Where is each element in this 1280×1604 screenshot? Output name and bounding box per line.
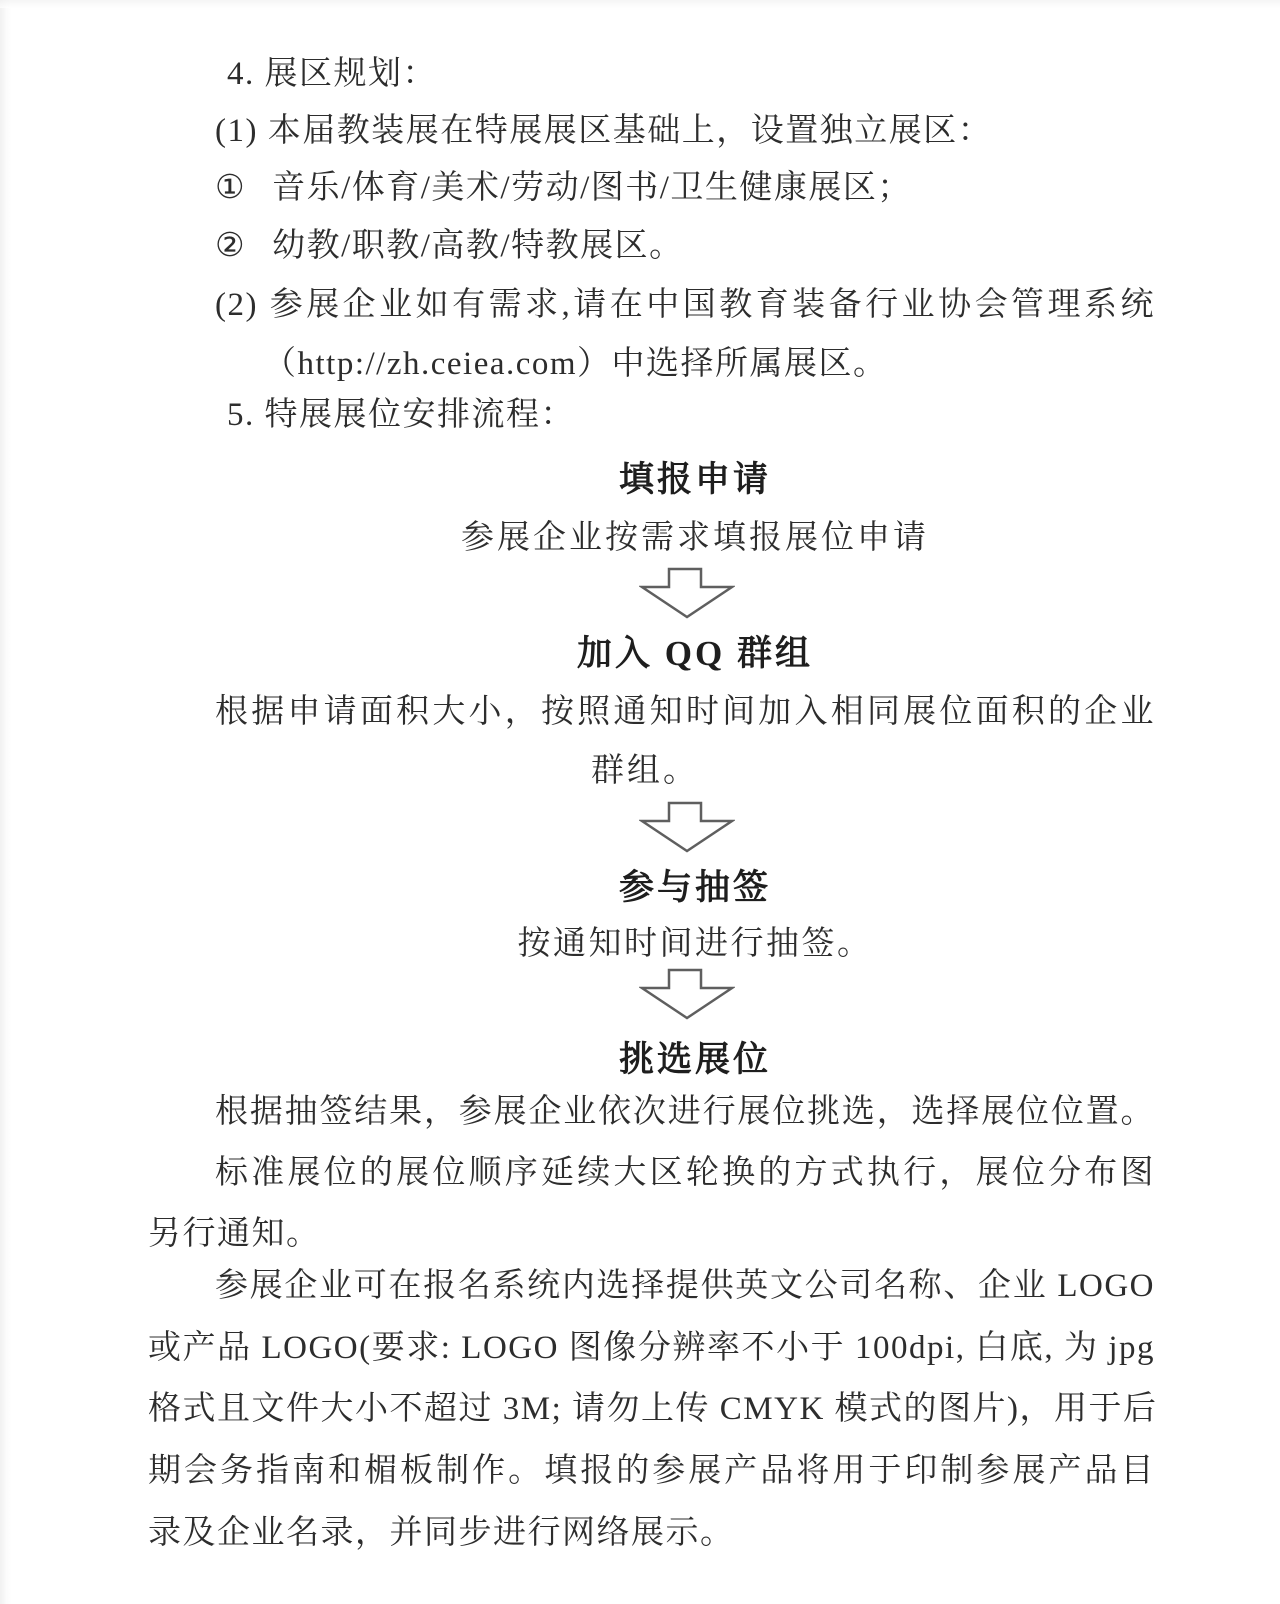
section4-item1: (1) 本届教装展在特展展区基础上，设置独立展区： xyxy=(215,109,992,153)
flow-step1-desc: 参展企业按需求填报展位申请 xyxy=(210,516,1180,560)
section4-subitem-1: ①音乐/体育/美术/劳动/图书/卫生健康展区； xyxy=(215,166,912,210)
flow-step3-desc: 按通知时间进行抽签。 xyxy=(210,922,1180,966)
subitem-2-text: 幼教/职教/高教/特教展区。 xyxy=(272,228,684,264)
flow-step2-desc-line1: 根据申请面积大小，按照通知时间加入相同展位面积的企业 xyxy=(215,690,1155,734)
down-arrow-icon xyxy=(639,567,735,619)
closing-para1-line2: 标准展位的展位顺序延续大区轮换的方式执行，展位分布图 xyxy=(215,1151,1155,1195)
circled-1-marker: ① xyxy=(215,166,246,210)
subitem-1-text: 音乐/体育/美术/劳动/图书/卫生健康展区； xyxy=(272,170,912,206)
closing-para1-line3: 另行通知。 xyxy=(148,1212,321,1256)
section4-subitem-2: ②幼教/职教/高教/特教展区。 xyxy=(215,224,684,268)
closing-para2-line5: 录及企业名录，并同步进行网络展示。 xyxy=(148,1511,735,1555)
closing-para2-line2: 或产品 LOGO(要求: LOGO 图像分辨率不小于 100dpi, 白底, 为… xyxy=(148,1326,1155,1370)
closing-para1-line1: 根据抽签结果，参展企业依次进行展位挑选，选择展位位置。 xyxy=(215,1090,1155,1134)
closing-para2-line1: 参展企业可在报名系统内选择提供英文公司名称、企业 LOGO xyxy=(215,1264,1155,1308)
circled-2-marker: ② xyxy=(215,224,246,268)
flow-step2-title: 加入 QQ 群组 xyxy=(210,632,1180,676)
scan-edge-top xyxy=(0,0,1280,8)
down-arrow-icon xyxy=(639,968,735,1020)
section4-heading: 4. 展区规划： xyxy=(227,52,437,96)
flow-step2-desc-line2: 群组。 xyxy=(160,749,1130,793)
section5-heading: 5. 特展展位安排流程： xyxy=(227,393,575,437)
flow-step1-title: 填报申请 xyxy=(210,458,1180,502)
flow-step4-title: 挑选展位 xyxy=(210,1038,1180,1082)
closing-para2-line3: 格式且文件大小不超过 3M; 请勿上传 CMYK 模式的图片)，用于后 xyxy=(148,1387,1155,1431)
flow-step3-title: 参与抽签 xyxy=(210,866,1180,910)
down-arrow-icon xyxy=(639,801,735,853)
section4-item2-line1: (2) 参展企业如有需求,请在中国教育装备行业协会管理系统 xyxy=(215,283,1155,327)
section4-item2-line2-url: （http://zh.ceiea.com）中选择所属展区。 xyxy=(263,342,888,386)
scan-edge-left xyxy=(0,0,12,1604)
closing-para2-line4: 期会务指南和楣板制作。填报的参展产品将用于印制参展产品目 xyxy=(148,1449,1155,1493)
scanned-document-page: 4. 展区规划： (1) 本届教装展在特展展区基础上，设置独立展区： ①音乐/体… xyxy=(0,0,1280,1604)
